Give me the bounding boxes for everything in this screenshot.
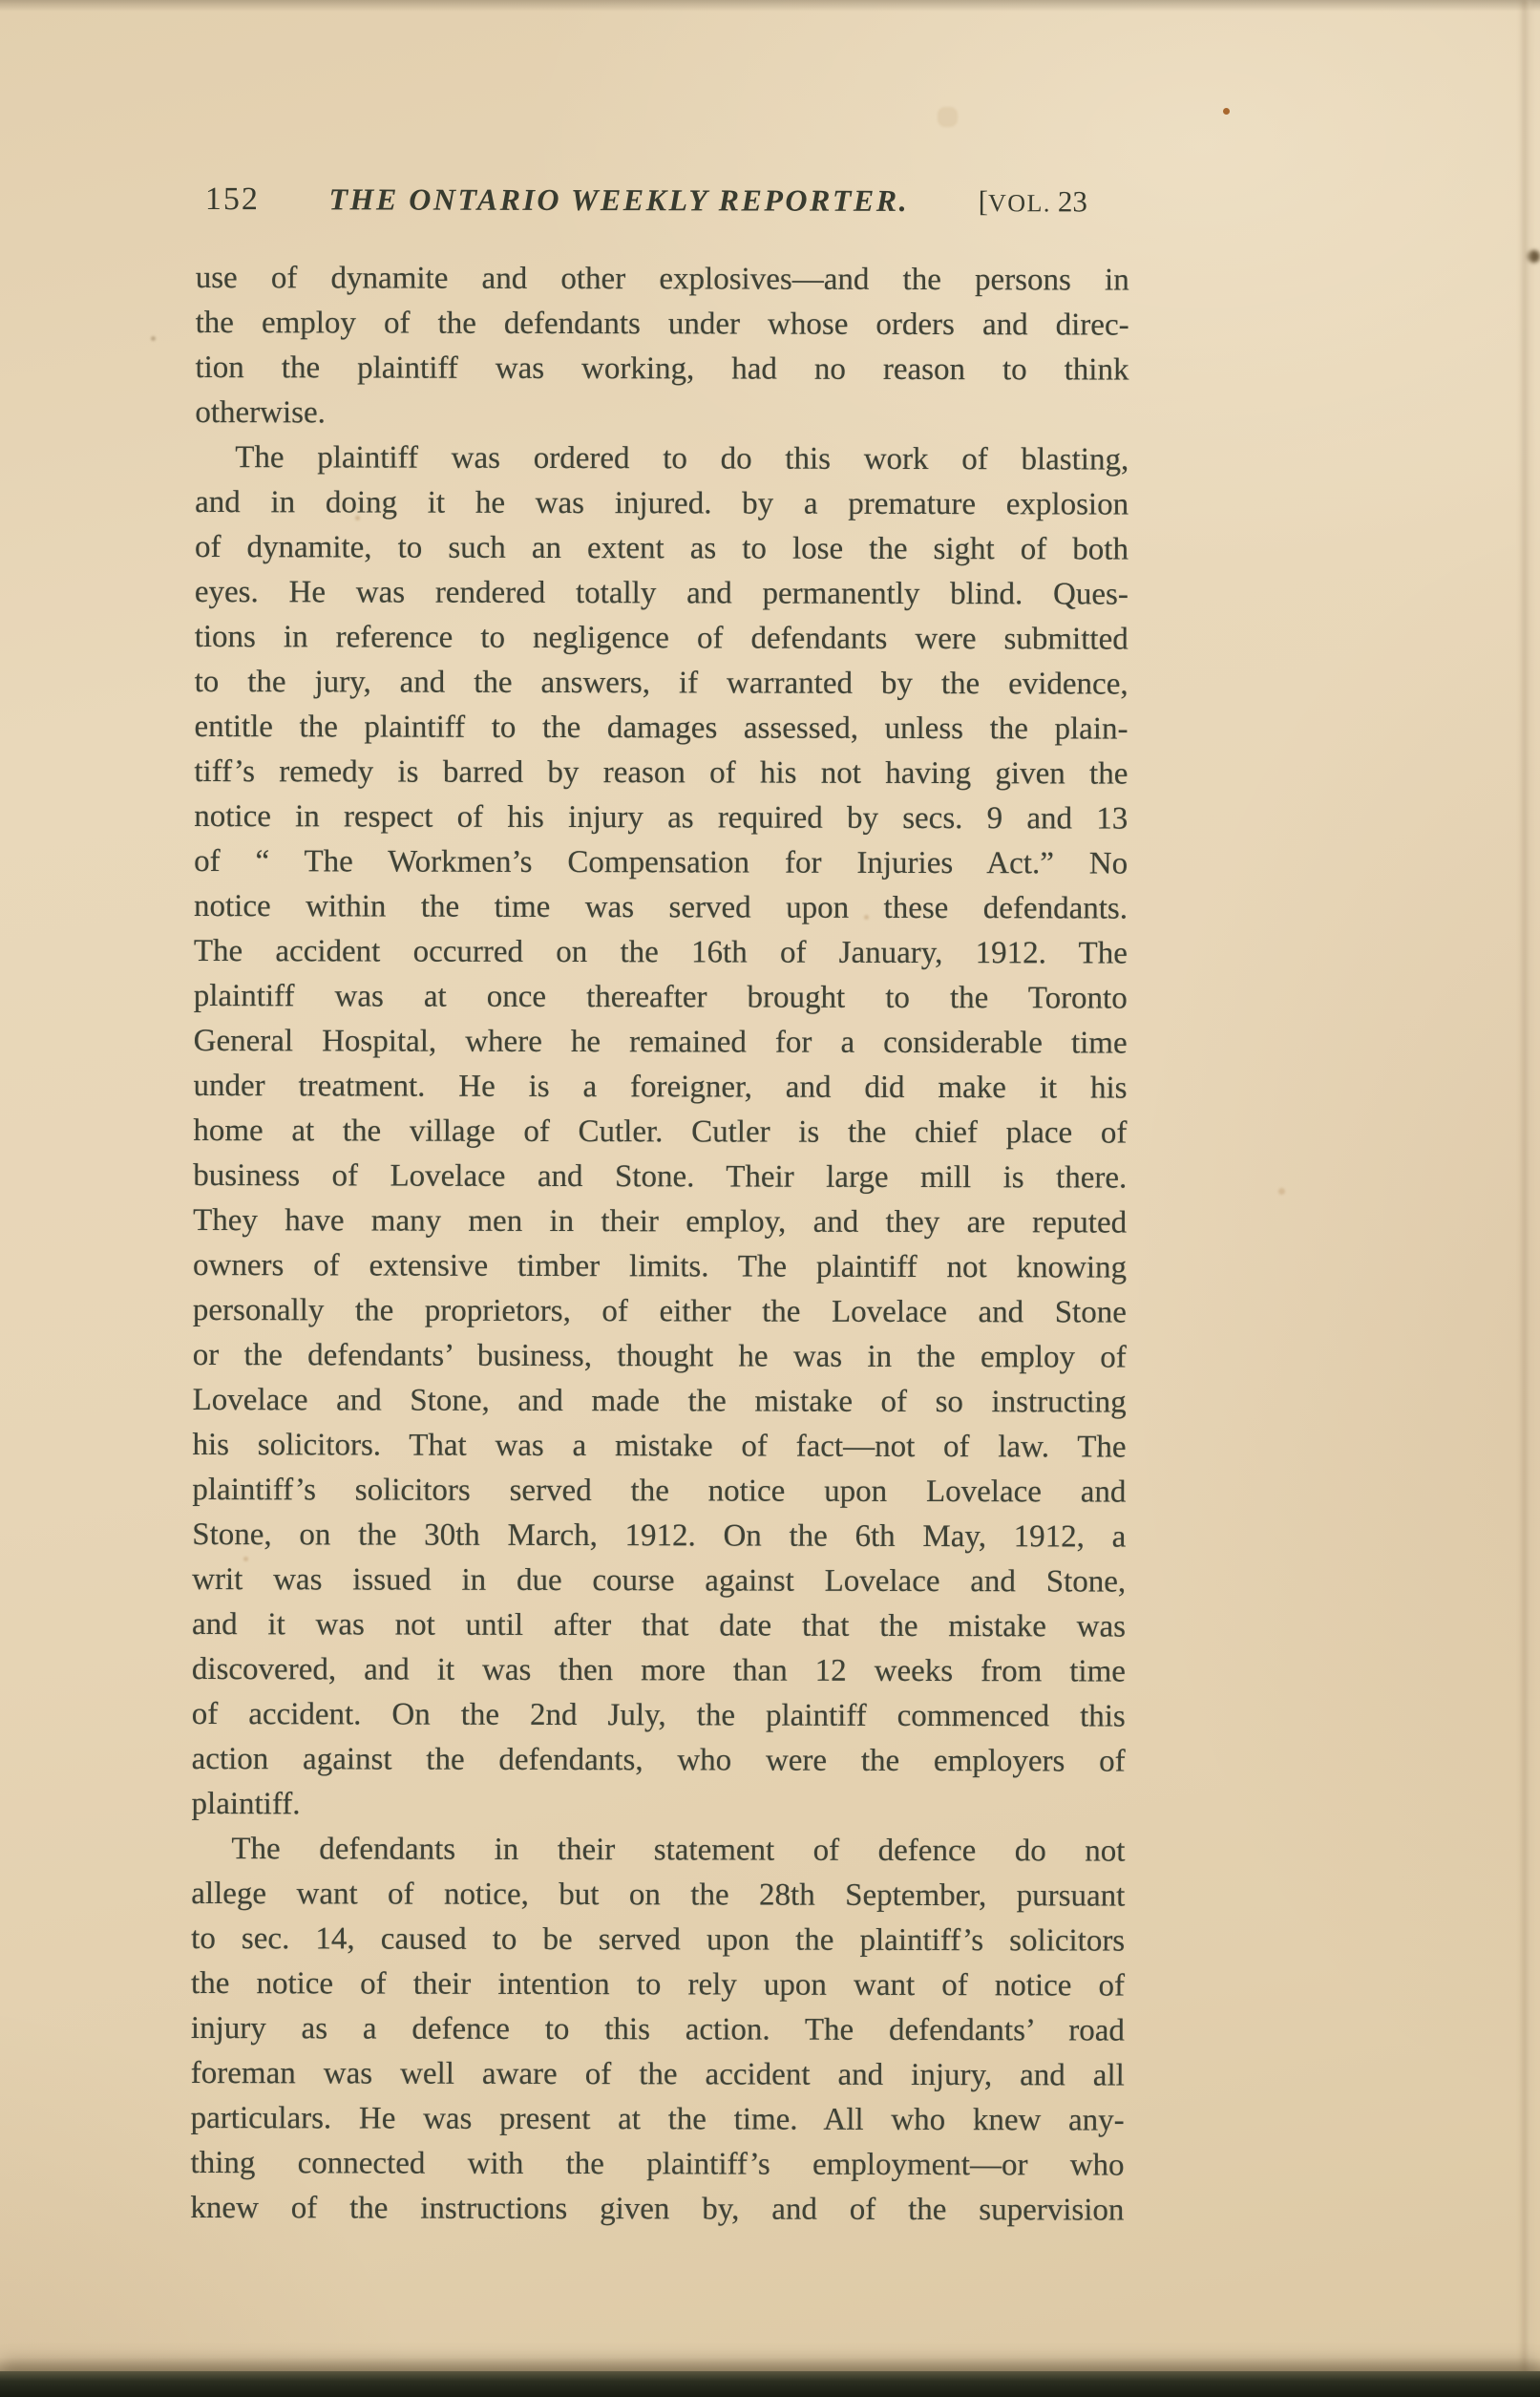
text-line: allege want of notice, but on the 28th S… — [191, 1872, 1125, 1920]
paragraph: use of dynamite and other explosives—and… — [195, 256, 1129, 438]
text-line: entitle the plaintiff to the damages ass… — [194, 705, 1128, 753]
text-line: knew of the instructions given by, and o… — [190, 2186, 1124, 2234]
paragraph: The plaintiff was ordered to do this wor… — [191, 435, 1129, 1830]
text-line: plaintiff was at once thereafter brought… — [194, 974, 1128, 1022]
text-line: his solicitors. That was a mistake of fa… — [192, 1423, 1126, 1471]
page-header: 152 THE ONTARIO WEEKLY REPORTER. [VOL.23 — [196, 181, 1129, 226]
text-line: They have many men in their employ, and … — [193, 1198, 1127, 1246]
text-line: plaintiff’s solicitors served the notice… — [192, 1468, 1126, 1516]
text-line: to sec. 14, caused to be served upon the… — [191, 1917, 1125, 1964]
text-line: the employ of the defendants under whose… — [196, 301, 1129, 349]
text-line: otherwise. — [195, 391, 1129, 438]
book-binding-shadow — [0, 2371, 1540, 2397]
text-line: discovered, and it was then more than 12… — [192, 1647, 1126, 1695]
volume-bracket: [ — [979, 184, 988, 218]
text-line: The plaintiff was ordered to do this wor… — [195, 435, 1129, 483]
book-page: 152 THE ONTARIO WEEKLY REPORTER. [VOL.23… — [0, 0, 1540, 2397]
volume-label: [VOL.23 — [979, 184, 1087, 219]
paragraph: The defendants in their statement of def… — [190, 1827, 1125, 2234]
text-line: owners of extensive timber limits. The p… — [193, 1243, 1127, 1291]
text-line: and in doing it he was injured. by a pre… — [195, 480, 1129, 528]
text-line: injury as a defence to this action. The … — [191, 2006, 1125, 2054]
text-line: eyes. He was rendered totally and perman… — [195, 570, 1129, 618]
text-line: of accident. On the 2nd July, the plaint… — [192, 1692, 1126, 1740]
paper-texture — [0, 0, 5, 5]
text-line: of dynamite, to such an extent as to los… — [195, 525, 1129, 573]
text-line: to the jury, and the answers, if warrant… — [195, 660, 1129, 708]
text-line: or the defendants’ business, thought he … — [193, 1333, 1127, 1381]
page-body: use of dynamite and other explosives—and… — [190, 256, 1129, 2234]
text-line: Stone, on the 30th March, 1912. On the 6… — [192, 1513, 1126, 1560]
text-line: tions in reference to negligence of defe… — [195, 615, 1129, 663]
text-line: The accident occurred on the 16th of Jan… — [194, 929, 1128, 977]
text-line: tiff’s remedy is barred by reason of his… — [194, 750, 1128, 797]
text-line: The defendants in their statement of def… — [191, 1827, 1125, 1875]
text-line: business of Lovelace and Stone. Their la… — [193, 1154, 1127, 1201]
text-line: notice within the time was served upon t… — [194, 884, 1128, 932]
text-line: Lovelace and Stone, and made the mistake… — [193, 1378, 1127, 1426]
text-line: use of dynamite and other explosives—and… — [196, 256, 1129, 304]
text-line: plaintiff. — [191, 1782, 1125, 1830]
running-title: THE ONTARIO WEEKLY REPORTER. — [328, 181, 909, 219]
text-line: and it was not until after that date tha… — [192, 1602, 1126, 1650]
text-line: General Hospital, where he remained for … — [194, 1019, 1128, 1067]
text-line: tion the plaintiff was working, had no r… — [195, 346, 1129, 393]
text-line: under treatment. He is a foreigner, and … — [193, 1064, 1127, 1112]
text-line: writ was issued in due course against Lo… — [192, 1558, 1126, 1605]
text-line: of “ The Workmen’s Compensation for Inju… — [194, 839, 1128, 887]
text-line: personally the proprietors, of either th… — [193, 1288, 1127, 1336]
volume-number: 23 — [1058, 184, 1087, 218]
page-number: 152 — [196, 181, 260, 218]
volume-word: VOL. — [988, 189, 1051, 217]
text-line: the notice of their intention to rely up… — [191, 1962, 1125, 2009]
text-line: particulars. He was present at the time.… — [191, 2096, 1125, 2144]
text-line: foreman was well aware of the accident a… — [191, 2051, 1125, 2099]
text-line: action against the defendants, who were … — [192, 1737, 1126, 1785]
text-line: notice in respect of his injury as requi… — [194, 795, 1128, 842]
page-edge-shadow — [1519, 0, 1532, 2397]
text-line: thing connected with the plaintiff’s emp… — [191, 2141, 1125, 2189]
page-content: 152 THE ONTARIO WEEKLY REPORTER. [VOL.23… — [190, 181, 1129, 2234]
text-line: home at the village of Cutler. Cutler is… — [193, 1109, 1127, 1156]
